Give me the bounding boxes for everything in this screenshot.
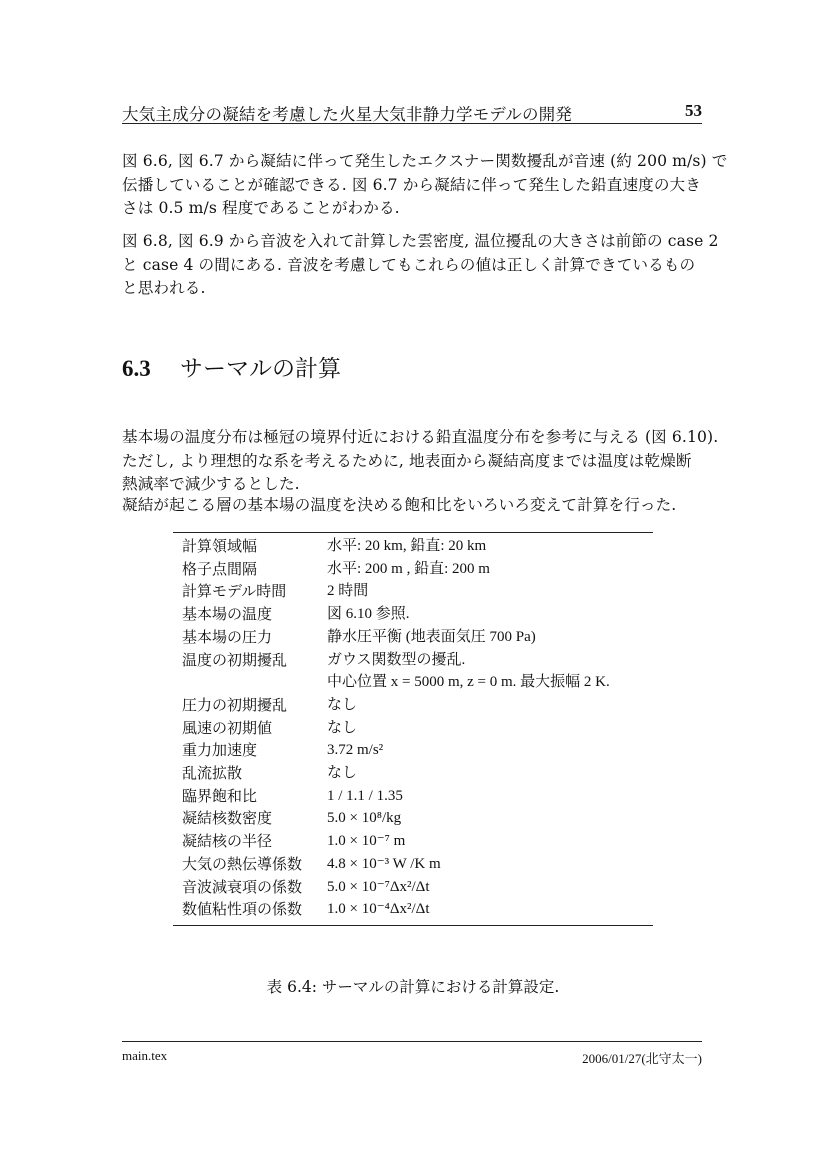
running-header: 大気主成分の凝結を考慮した火星大気非静力学モデルの開発 53 — [122, 101, 702, 124]
paragraph-2: 図 6.8, 図 6.9 から音波を入れて計算した雲密度, 温位擾乱の大きさは前… — [122, 230, 702, 301]
table-row: 乱流拡散なし — [173, 762, 653, 785]
row-value: 2 時間 — [327, 580, 653, 603]
table-row: 中心位置 x = 5000 m, z = 0 m. 最大振幅 2 K. — [173, 671, 653, 694]
table-row: 計算モデル時間2 時間 — [173, 580, 653, 603]
row-value: 水平: 200 m , 鉛直: 200 m — [327, 558, 653, 581]
row-value: 1 / 1.1 / 1.35 — [327, 785, 653, 808]
table-row: 格子点間隔水平: 200 m , 鉛直: 200 m — [173, 558, 653, 581]
row-value: 5.0 × 10⁻⁷Δx²/Δt — [327, 876, 653, 899]
text-line: 基本場の温度分布は極冠の境界付近における鉛直温度分布を参考に与える (図 6.1… — [122, 426, 702, 450]
paragraph-1: 図 6.6, 図 6.7 から凝結に伴って発生したエクスナー関数擾乱が音速 (約… — [122, 150, 702, 221]
text-line: 図 6.8, 図 6.9 から音波を入れて計算した雲密度, 温位擾乱の大きさは前… — [122, 230, 702, 254]
row-label: 風速の初期値 — [173, 717, 327, 740]
row-label: 計算領域幅 — [173, 533, 327, 558]
text-line: ただし, より理想的な系を考えるために, 地表面から凝結高度までは温度は乾燥断 — [122, 450, 702, 474]
table-row: 凝結核数密度5.0 × 10⁸/kg — [173, 807, 653, 830]
row-value: ガウス関数型の擾乱. — [327, 649, 653, 672]
table-caption: 表 6.4: サーマルの計算における計算設定. — [0, 975, 826, 997]
table-row: 音波減衰項の係数5.0 × 10⁻⁷Δx²/Δt — [173, 876, 653, 899]
table-row: 計算領域幅水平: 20 km, 鉛直: 20 km — [173, 533, 653, 558]
row-value: 図 6.10 参照. — [327, 603, 653, 626]
table-row: 基本場の圧力静水圧平衡 (地表面気圧 700 Pa) — [173, 626, 653, 649]
table-row: 温度の初期擾乱ガウス関数型の擾乱. — [173, 649, 653, 672]
row-value: なし — [327, 694, 653, 717]
text-line: 伝播していることが確認できる. 図 6.7 から凝結に伴って発生した鉛直速度の大… — [122, 174, 702, 198]
text-line: と思われる. — [122, 277, 702, 301]
footer-filename: main.tex — [122, 1048, 167, 1064]
table-row: 重力加速度3.72 m/s² — [173, 739, 653, 762]
row-label: 温度の初期擾乱 — [173, 649, 327, 672]
row-label: 重力加速度 — [173, 739, 327, 762]
table-row: 臨界飽和比1 / 1.1 / 1.35 — [173, 785, 653, 808]
row-value: 4.8 × 10⁻³ W /K m — [327, 853, 653, 876]
paragraph-4: 凝結が起こる層の基本場の温度を決める飽和比をいろいろ変えて計算を行った. — [122, 494, 702, 518]
row-value: 1.0 × 10⁻⁷ m — [327, 830, 653, 853]
section-heading: 6.3サーマルの計算 — [122, 350, 341, 383]
row-value: なし — [327, 762, 653, 785]
row-value: 3.72 m/s² — [327, 739, 653, 762]
row-label — [173, 671, 327, 694]
row-label: 数値粘性項の係数 — [173, 898, 327, 925]
row-value: 静水圧平衡 (地表面気圧 700 Pa) — [327, 626, 653, 649]
table-row: 数値粘性項の係数1.0 × 10⁻⁴Δx²/Δt — [173, 898, 653, 925]
section-title: サーマルの計算 — [180, 356, 341, 382]
row-label: 圧力の初期擾乱 — [173, 694, 327, 717]
text-line: 凝結が起こる層の基本場の温度を決める飽和比をいろいろ変えて計算を行った. — [122, 494, 702, 518]
page-number: 53 — [685, 101, 702, 121]
row-label: 乱流拡散 — [173, 762, 327, 785]
running-header-title: 大気主成分の凝結を考慮した火星大気非静力学モデルの開発 — [122, 101, 572, 125]
row-label: 基本場の温度 — [173, 603, 327, 626]
row-label: 格子点間隔 — [173, 558, 327, 581]
row-label: 凝結核の半径 — [173, 830, 327, 853]
table-row: 大気の熱伝導係数4.8 × 10⁻³ W /K m — [173, 853, 653, 876]
row-value: 水平: 20 km, 鉛直: 20 km — [327, 533, 653, 558]
row-label: 計算モデル時間 — [173, 580, 327, 603]
table-row: 圧力の初期擾乱なし — [173, 694, 653, 717]
footer-date-author: 2006/01/27(北守太一) — [582, 1048, 702, 1067]
row-label: 基本場の圧力 — [173, 626, 327, 649]
table-row: 風速の初期値なし — [173, 717, 653, 740]
row-value: 5.0 × 10⁸/kg — [327, 807, 653, 830]
row-value: なし — [327, 717, 653, 740]
paragraph-3: 基本場の温度分布は極冠の境界付近における鉛直温度分布を参考に与える (図 6.1… — [122, 426, 702, 497]
row-label: 大気の熱伝導係数 — [173, 853, 327, 876]
text-line: 図 6.6, 図 6.7 から凝結に伴って発生したエクスナー関数擾乱が音速 (約… — [122, 150, 702, 174]
row-value: 中心位置 x = 5000 m, z = 0 m. 最大振幅 2 K. — [327, 671, 653, 694]
table-row: 基本場の温度図 6.10 参照. — [173, 603, 653, 626]
settings-table: 計算領域幅水平: 20 km, 鉛直: 20 km 格子点間隔水平: 200 m… — [173, 532, 653, 926]
row-label: 凝結核数密度 — [173, 807, 327, 830]
text-line: さは 0.5 m/s 程度であることがわかる. — [122, 197, 702, 221]
page-footer: main.tex 2006/01/27(北守太一) — [122, 1041, 702, 1064]
table-row: 凝結核の半径1.0 × 10⁻⁷ m — [173, 830, 653, 853]
row-value: 1.0 × 10⁻⁴Δx²/Δt — [327, 898, 653, 925]
row-label: 音波減衰項の係数 — [173, 876, 327, 899]
text-line: 熱減率で減少するとした. — [122, 473, 702, 497]
section-number: 6.3 — [122, 356, 180, 382]
text-line: と case 4 の間にある. 音波を考慮してもこれらの値は正しく計算できている… — [122, 254, 702, 278]
row-label: 臨界飽和比 — [173, 785, 327, 808]
